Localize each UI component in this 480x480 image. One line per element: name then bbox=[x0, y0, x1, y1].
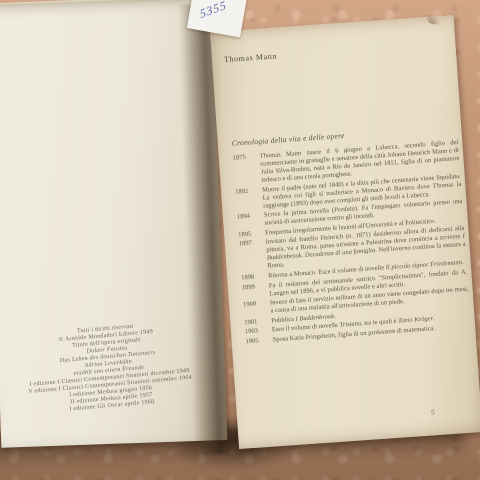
entry-year: 1892 bbox=[235, 187, 257, 212]
entry-year: 1894 bbox=[237, 212, 258, 229]
photo-of-open-book: Tutti i diritti riservati© Arnoldo Monda… bbox=[0, 0, 480, 480]
page-corner-curl bbox=[426, 13, 443, 25]
entry-year: 1901 bbox=[244, 318, 265, 327]
entry-year: 1895 bbox=[238, 230, 259, 239]
section-title: Cronologia della vita e delle opere bbox=[231, 131, 344, 148]
entry-year: 1898 bbox=[241, 273, 262, 282]
entry-year: 1875 bbox=[233, 153, 255, 186]
page-number: 5 bbox=[431, 408, 435, 416]
chronology-list: 1875Thomas Mann nasce il 6 giugno a Lube… bbox=[233, 139, 472, 348]
copyright-block: Tutti i diritti riservati© Arnoldo Monda… bbox=[3, 317, 214, 418]
entry-year: 1900 bbox=[243, 300, 264, 317]
entry-year: 1899 bbox=[242, 283, 263, 300]
author-name: Thomas Mann bbox=[224, 51, 278, 64]
entry-year: 1897 bbox=[239, 239, 261, 272]
entry-year: 1905 bbox=[245, 337, 266, 346]
handwritten-number: 5355 bbox=[199, 0, 228, 22]
entry-year: 1903 bbox=[245, 327, 266, 336]
right-page: Thomas Mann Cronologia della vita e dell… bbox=[210, 15, 480, 449]
